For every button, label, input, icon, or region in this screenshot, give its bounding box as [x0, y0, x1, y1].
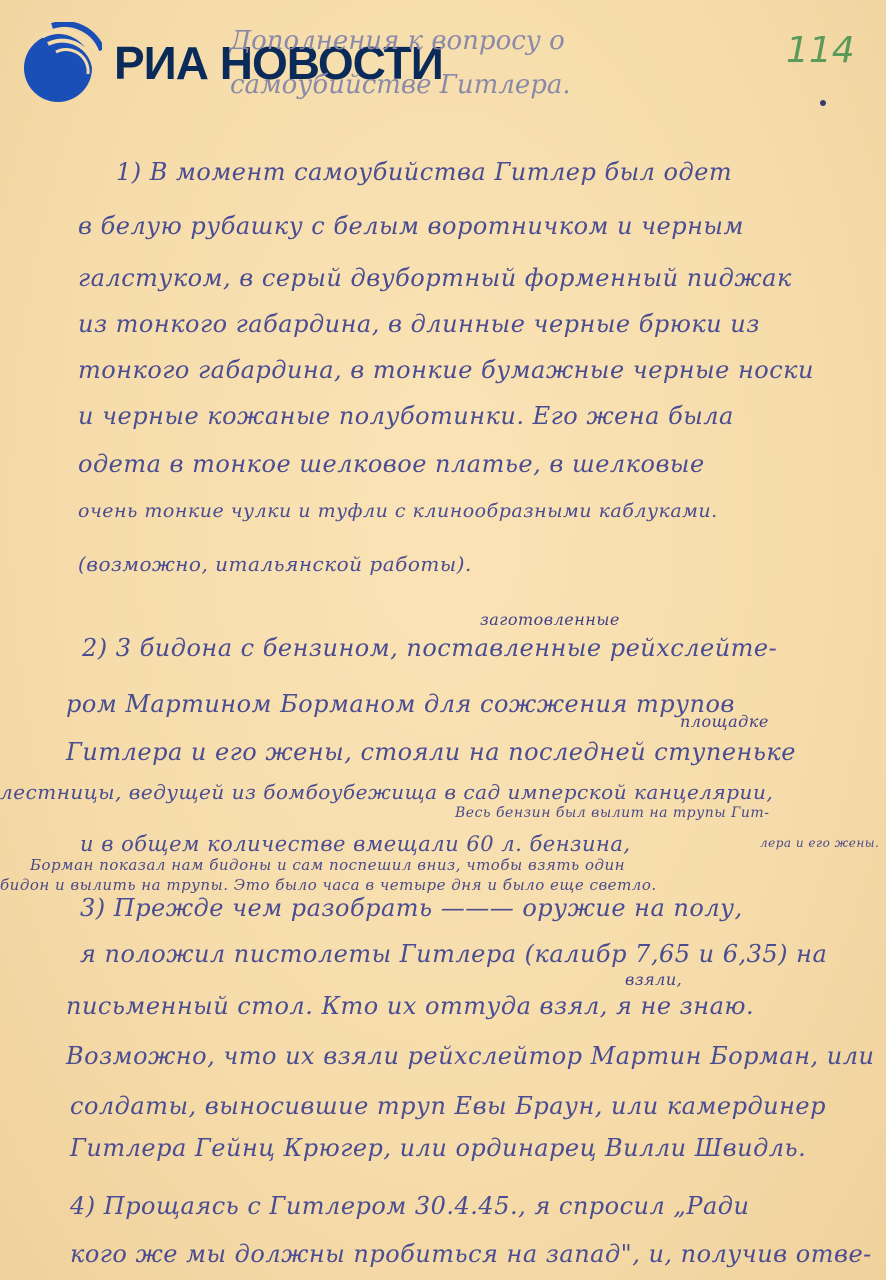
- text-line: (возможно, итальянской работы).: [78, 552, 472, 576]
- insertion-note: заготовленные: [480, 610, 620, 629]
- text-line: тонкого габардина, в тонкие бумажные чер…: [78, 356, 814, 384]
- text-line: Возможно, что их взяли рейхслейтор Марти…: [66, 1042, 874, 1070]
- text-line: я положил пистолеты Гитлера (калибр 7,65…: [80, 940, 827, 968]
- text-line: 3) Прежде чем разобрать ——— оружие на по…: [80, 894, 743, 922]
- text-line: 4) Прощаясь с Гитлером 30.4.45., я спрос…: [70, 1192, 749, 1220]
- text-line: галстуком, в серый двубортный форменный …: [78, 264, 792, 292]
- ria-globe-icon: [22, 22, 102, 104]
- title-line-1: Дополнения к вопросу о: [230, 26, 565, 56]
- ink-dot: [820, 100, 826, 106]
- text-line: Гитлера и его жены, стояли на последней …: [66, 738, 796, 766]
- page-number: 114: [786, 30, 855, 71]
- text-line: письменный стол. Кто их оттуда взял, я н…: [66, 992, 754, 1020]
- insertion-note: площадке: [680, 712, 769, 731]
- margin-note: Весь бензин был вылит на трупы Гит-: [455, 805, 769, 821]
- text-line: в белую рубашку с белым воротничком и че…: [78, 212, 744, 240]
- text-line: 1) В момент самоубийства Гитлер был одет: [116, 158, 732, 186]
- text-line: Гитлера Гейнц Крюгер, или ординарец Вилл…: [70, 1134, 806, 1162]
- text-line: и черные кожаные полуботинки. Его жена б…: [78, 402, 734, 430]
- margin-note: Борман показал нам бидоны и сам поспешил…: [30, 856, 625, 874]
- margin-note: лера и его жены.: [760, 836, 879, 850]
- text-line: лестницы, ведущей из бомбоубежища в сад …: [0, 780, 773, 804]
- text-line: очень тонкие чулки и туфли с клинообразн…: [78, 500, 718, 522]
- margin-note: бидон и вылить на трупы. Это было часа в…: [0, 876, 657, 894]
- text-line: ром Мартином Борманом для сожжения трупо…: [66, 690, 735, 718]
- title-line-2: самоубийстве Гитлера.: [230, 70, 571, 100]
- text-line: одета в тонкое шелковое платье, в шелков…: [78, 450, 705, 478]
- text-line: и в общем количестве вмещали 60 л. бензи…: [80, 832, 631, 856]
- text-line: 2) 3 бидона с бензином, поставленные рей…: [82, 634, 777, 662]
- insertion-note: взяли,: [625, 970, 682, 989]
- text-line: солдаты, выносившие труп Евы Браун, или …: [70, 1092, 826, 1120]
- text-line: из тонкого габардина, в длинные черные б…: [78, 310, 760, 338]
- text-line: кого же мы должны пробиться на запад", и…: [70, 1240, 872, 1268]
